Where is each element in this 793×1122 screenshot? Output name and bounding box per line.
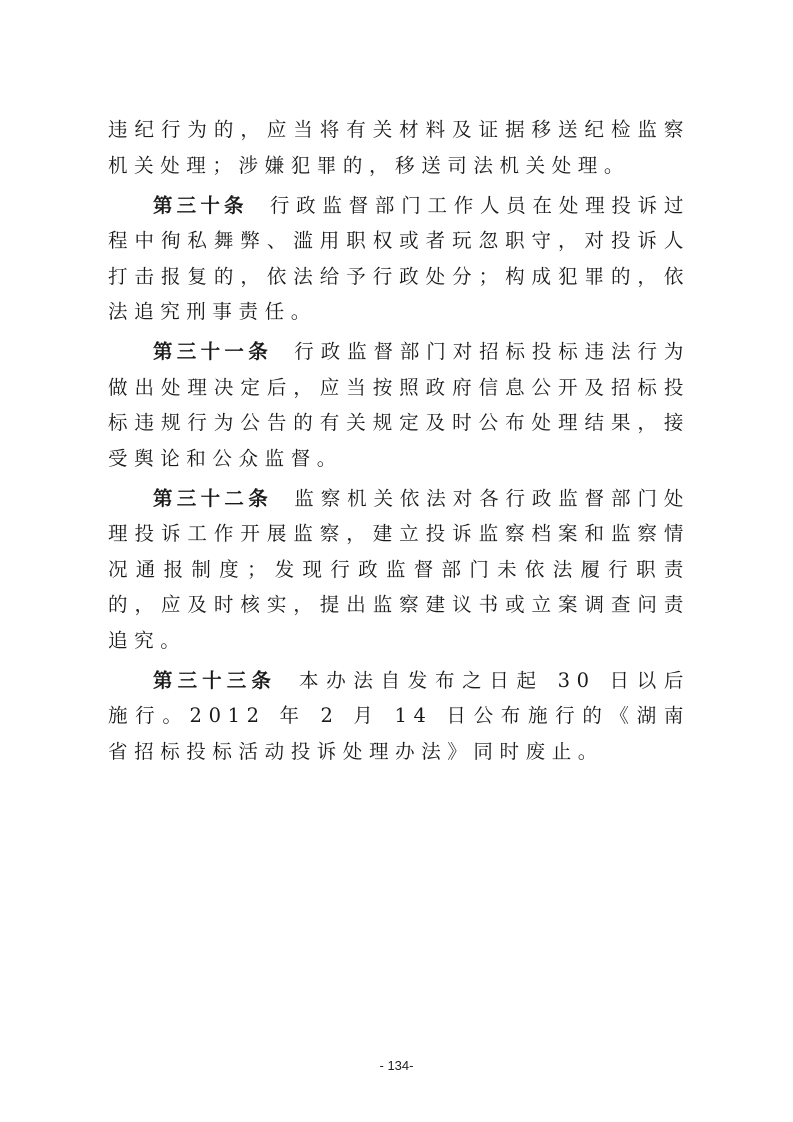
paragraph-continuation: 违纪行为的，应当将有关材料及证据移送纪检监察机关处理；涉嫌犯罪的，移送司法机关处… bbox=[108, 112, 690, 183]
article-heading: 第三十二条 bbox=[153, 487, 272, 510]
article-heading: 第三十一条 bbox=[153, 340, 272, 363]
page-number: - 134- bbox=[0, 1058, 793, 1073]
article-31: 第三十一条行政监督部门对招标投标违法行为做出处理决定后，应当按照政府信息公开及招… bbox=[108, 334, 690, 476]
article-30: 第三十条行政监督部门工作人员在处理投诉过程中徇私舞弊、滥用职权或者玩忽职守，对投… bbox=[108, 188, 690, 330]
paragraph-text: 违纪行为的，应当将有关材料及证据移送纪检监察机关处理；涉嫌犯罪的，移送司法机关处… bbox=[108, 118, 690, 177]
article-32: 第三十二条监察机关依法对各行政监督部门处理投诉工作开展监察，建立投诉监察档案和监… bbox=[108, 481, 690, 659]
document-body: 违纪行为的，应当将有关材料及证据移送纪检监察机关处理；涉嫌犯罪的，移送司法机关处… bbox=[108, 112, 690, 769]
article-heading: 第三十三条 bbox=[153, 669, 276, 692]
article-heading: 第三十条 bbox=[153, 194, 248, 217]
document-page: 违纪行为的，应当将有关材料及证据移送纪检监察机关处理；涉嫌犯罪的，移送司法机关处… bbox=[0, 0, 793, 1122]
article-text: 监察机关依法对各行政监督部门处理投诉工作开展监察，建立投诉监察档案和监察情况通报… bbox=[108, 487, 690, 652]
article-33: 第三十三条本办法自发布之日起 30 日以后施行。2012 年 2 月 14 日公… bbox=[108, 663, 690, 770]
